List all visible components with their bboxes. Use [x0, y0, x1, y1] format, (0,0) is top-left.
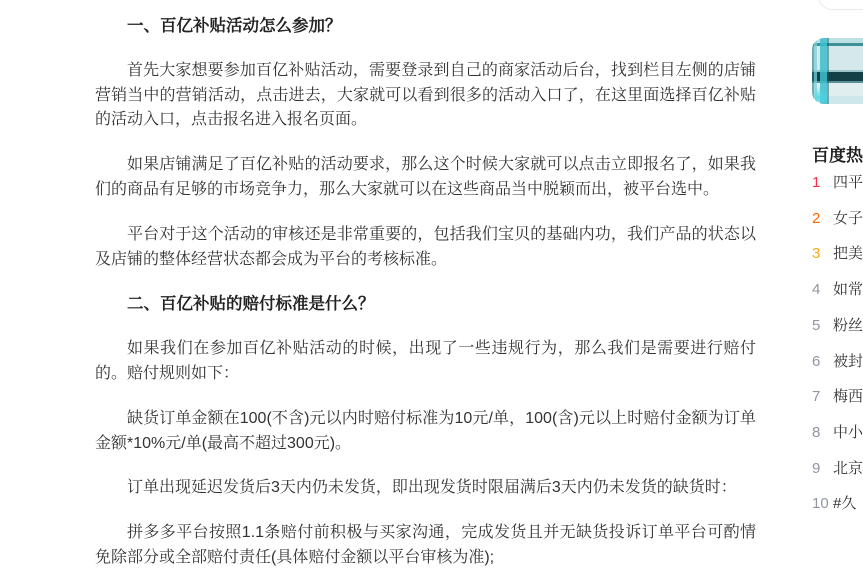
- hot-list-item[interactable]: 10 #久: [812, 494, 863, 530]
- hot-list-item[interactable]: 6 被封: [812, 352, 863, 388]
- hot-item-title: 如常: [833, 280, 863, 300]
- article-body: 一、百亿补贴活动怎么参加？ 首先大家想要参加百亿补贴活动，需要登录到自己的商家活…: [95, 0, 756, 569]
- article-paragraph-7: 拼多多平台按照1.1条赔付前积极与买家沟通，完成发货且并无缺货投诉订单平台可酌情…: [95, 521, 756, 569]
- hot-item-title: #久: [833, 494, 856, 514]
- hot-list-item[interactable]: 3 把美: [812, 244, 863, 280]
- hot-rank-number: 9: [812, 459, 833, 479]
- article-heading-2: 二、百亿补贴的赔付标准是什么？: [95, 292, 756, 317]
- article-paragraph-1: 首先大家想要参加百亿补贴活动，需要登录到自己的商家活动后台，找到栏目左侧的店铺营…: [95, 59, 756, 133]
- hot-list-item[interactable]: 9 北京: [812, 459, 863, 495]
- article-heading-1: 一、百亿补贴活动怎么参加？: [95, 14, 756, 39]
- hot-item-title: 四平: [833, 173, 863, 193]
- hot-list-item[interactable]: 2 女子: [812, 209, 863, 245]
- hot-list: 1 四平 2 女子 3 把美 4 如常 5 粉丝 6 被封 7 梅西 8 中小: [812, 173, 863, 530]
- thumbnail-highlight: [815, 86, 829, 102]
- hot-item-title: 把美: [833, 244, 863, 264]
- sidebar-thumbnail-image[interactable]: [812, 38, 863, 104]
- hot-rank-number: 5: [812, 316, 833, 336]
- hot-rank-number: 6: [812, 352, 833, 372]
- hot-item-title: 北京: [833, 459, 863, 479]
- hot-list-title: 百度热搜: [812, 141, 863, 166]
- article-paragraph-5: 缺货订单金额在100(不含)元以内时赔付标准为10元/单，100(含)元以上时赔…: [95, 407, 756, 457]
- hot-list-item[interactable]: 1 四平: [812, 173, 863, 209]
- hot-list-item[interactable]: 4 如常: [812, 280, 863, 316]
- hot-rank-number: 8: [812, 423, 833, 443]
- article-paragraph-4: 如果我们在参加百亿补贴活动的时候，出现了一些违规行为，那么我们是需要进行赔付的。…: [95, 337, 756, 387]
- hot-list-item[interactable]: 7 梅西: [812, 387, 863, 423]
- hot-rank-number: 2: [812, 209, 833, 229]
- hot-rank-number: 4: [812, 280, 833, 300]
- article-paragraph-2: 如果店铺满足了百亿补贴的活动要求，那么这个时候大家就可以点击立即报名了，如果我们…: [95, 153, 756, 203]
- hot-rank-number: 3: [812, 244, 833, 264]
- hot-item-title: 女子: [833, 209, 863, 229]
- hot-item-title: 粉丝: [833, 316, 863, 336]
- hot-rank-number: 10: [812, 494, 833, 514]
- hot-rank-number: 1: [812, 173, 833, 193]
- article-page: { "article": { "heading_1": "一、百亿补贴活动怎么参…: [0, 0, 863, 569]
- hot-item-title: 梅西: [833, 387, 863, 407]
- article-paragraph-6: 订单出现延迟发货后3天内仍未发货，即出现发货时限届满后3天内仍未发货的缺货时：: [95, 476, 756, 501]
- article-paragraph-3: 平台对于这个活动的审核还是非常重要的，包括我们宝贝的基础内功，我们产品的状态以及…: [95, 223, 756, 273]
- sidebar: 百度热搜 1 四平 2 女子 3 把美 4 如常 5 粉丝 6 被封 7 梅西: [812, 0, 863, 569]
- hot-item-title: 被封: [833, 352, 863, 372]
- related-card-remnant: [818, 0, 863, 10]
- hot-item-title: 中小: [833, 423, 863, 443]
- hot-list-item[interactable]: 8 中小: [812, 423, 863, 459]
- hot-list-item[interactable]: 5 粉丝: [812, 316, 863, 352]
- hot-rank-number: 7: [812, 387, 833, 407]
